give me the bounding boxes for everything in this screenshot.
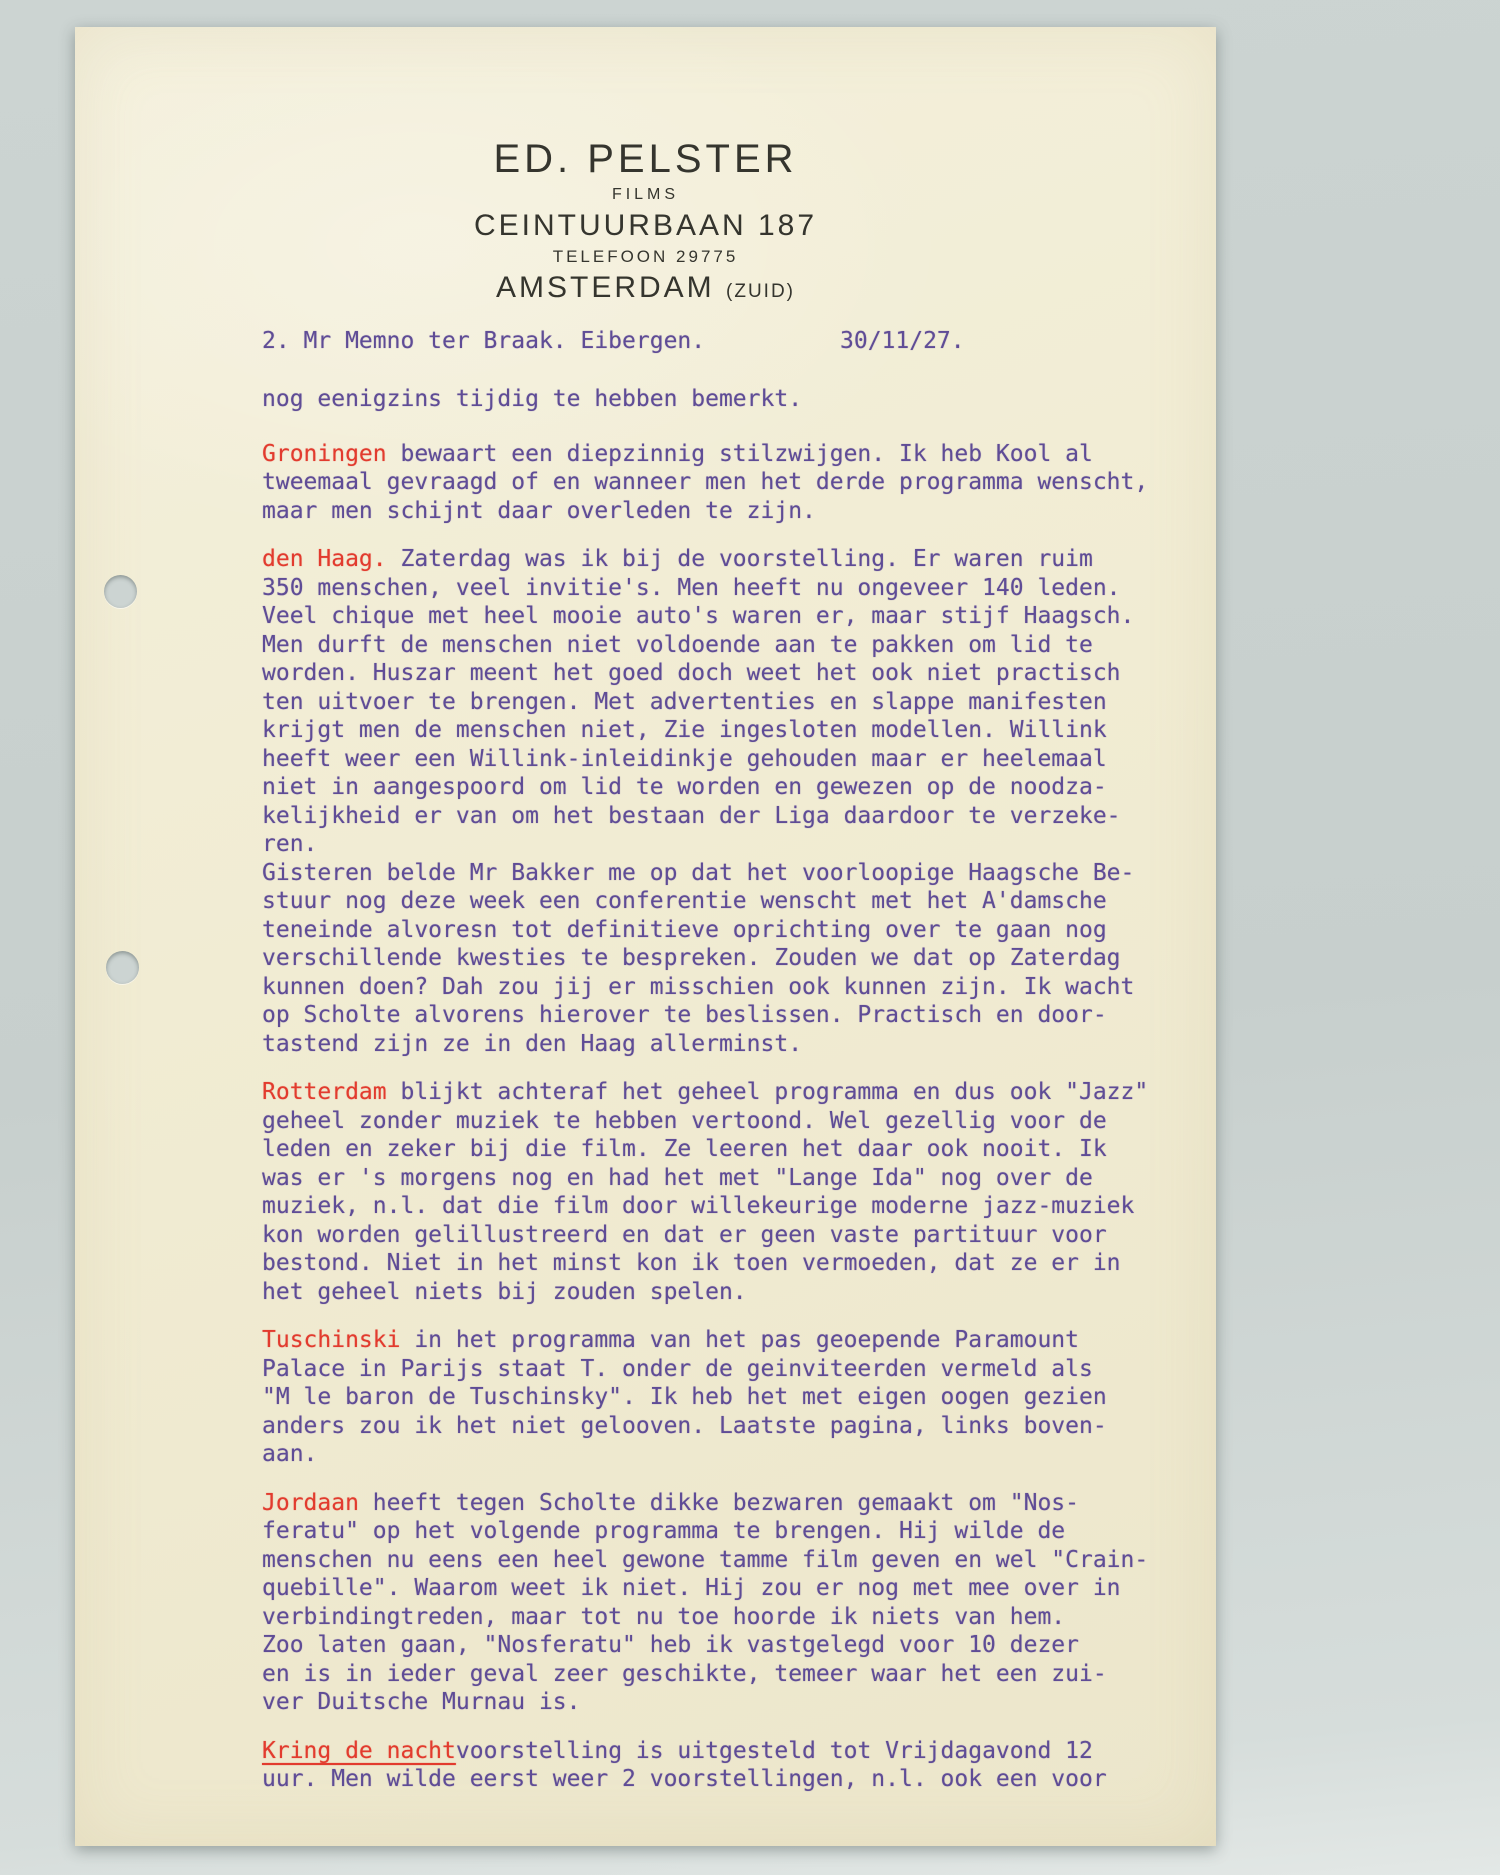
punch-hole-top: [104, 575, 137, 608]
letter-date: 30/11/27.: [840, 327, 965, 356]
text-line: krijgt men de menschen niet, Zie ingeslo…: [262, 716, 1176, 745]
text-line: en is in ieder geval zeer geschikte, tem…: [262, 1660, 1176, 1689]
text-line: uur. Men wilde eerst weer 2 voorstelling…: [262, 1765, 1176, 1794]
text-line: anders zou ik het niet gelooven. Laatste…: [262, 1412, 1176, 1441]
letterhead: ED. PELSTER FILMS CEINTUURBAAN 187 TELEF…: [75, 139, 1216, 303]
text-line: Gisteren belde Mr Bakker me op dat het v…: [262, 859, 1176, 888]
text-line: quebille". Waarom weet ik niet. Hij zou …: [262, 1574, 1176, 1603]
letterhead-company-name: ED. PELSTER: [75, 139, 1216, 179]
text-line: kon worden gelillustreerd en dat er geen…: [262, 1221, 1176, 1250]
text-line: ten uitvoer te brengen. Met advertenties…: [262, 688, 1176, 717]
text-line: teneinde alvoresn tot definitieve oprich…: [262, 916, 1176, 945]
text-line: geheel zonder muziek te hebben vertoond.…: [262, 1107, 1176, 1136]
text-line: feratu" op het volgende programma te bre…: [262, 1517, 1176, 1546]
text-line: den Haag. Zaterdag was ik bij de voorste…: [262, 545, 1176, 574]
text-line: tweemaal gevraagd of en wanneer men het …: [262, 468, 1176, 497]
text-line: Veel chique met heel mooie auto's waren …: [262, 602, 1176, 631]
letterhead-address: CEINTUURBAAN 187: [75, 211, 1216, 241]
topic-lead: Jordaan: [262, 1490, 359, 1516]
text-line: tastend zijn ze in den Haag allerminst.: [262, 1030, 1176, 1059]
text-line: ren.: [262, 830, 1176, 859]
text-line: bestond. Niet in het minst kon ik toen v…: [262, 1249, 1176, 1278]
topic-lead: Rotterdam: [262, 1079, 387, 1105]
text-line: verschillende kwesties te bespreken. Zou…: [262, 944, 1176, 973]
scan-background: ED. PELSTER FILMS CEINTUURBAAN 187 TELEF…: [0, 0, 1500, 1875]
text-line: Palace in Parijs staat T. onder de geinv…: [262, 1355, 1176, 1384]
letterhead-phone: TELEFOON 29775: [75, 248, 1216, 265]
text-line: op Scholte alvorens hierover te beslisse…: [262, 1001, 1176, 1030]
paragraph: Jordaan heeft tegen Scholte dikke bezwar…: [262, 1489, 1176, 1717]
paragraph: Groningen bewaart een diepzinnig stilzwi…: [262, 440, 1176, 526]
text-line: heeft weer een Willink-inleidinkje gehou…: [262, 745, 1176, 774]
topic-lead: Tuschinski: [262, 1327, 400, 1353]
paragraph: Rotterdam blijkt achteraf het geheel pro…: [262, 1078, 1176, 1306]
topic-lead: den Haag.: [262, 546, 387, 572]
text-line: was er 's morgens nog en had het met "La…: [262, 1164, 1176, 1193]
letterhead-subtitle: FILMS: [75, 187, 1216, 203]
text-line: ver Duitsche Murnau is.: [262, 1688, 1176, 1717]
text-line: aan.: [262, 1440, 1176, 1469]
addressee: 2. Mr Memno ter Braak. Eibergen.: [262, 328, 705, 354]
text-line: menschen nu eens een heel gewone tamme f…: [262, 1546, 1176, 1575]
text-line: Rotterdam blijkt achteraf het geheel pro…: [262, 1078, 1176, 1107]
text-line: kunnen doen? Dah zou jij er misschien oo…: [262, 973, 1176, 1002]
text-line: 350 menschen, veel invitie's. Men heeft …: [262, 574, 1176, 603]
paragraph: nog eenigzins tijdig te hebben bemerkt.: [262, 385, 1176, 414]
text-line: worden. Huszar meent het goed doch weet …: [262, 659, 1176, 688]
letterhead-city-name: AMSTERDAM: [496, 271, 715, 304]
text-line: "M le baron de Tuschinsky". Ik heb het m…: [262, 1383, 1176, 1412]
text-line: Zoo laten gaan, "Nosferatu" heb ik vastg…: [262, 1631, 1176, 1660]
salutation-row: 2. Mr Memno ter Braak. Eibergen. 30/11/2…: [262, 327, 1176, 356]
letterhead-city: AMSTERDAM (ZUID): [75, 273, 1216, 303]
topic-lead: Groningen: [262, 441, 387, 467]
letterhead-city-suffix: (ZUID): [726, 281, 795, 302]
text-line: Kring de nachtvoorstelling is uitgesteld…: [262, 1737, 1176, 1766]
letter-page: ED. PELSTER FILMS CEINTUURBAAN 187 TELEF…: [75, 27, 1216, 1846]
punch-hole-bottom: [106, 951, 139, 984]
text-line: nog eenigzins tijdig te hebben bemerkt.: [262, 385, 1176, 414]
text-line: muziek, n.l. dat die film door willekeur…: [262, 1192, 1176, 1221]
letter-body: nog eenigzins tijdig te hebben bemerkt.G…: [262, 385, 1176, 1794]
text-line: maar men schijnt daar overleden te zijn.: [262, 497, 1176, 526]
text-line: Tuschinski in het programma van het pas …: [262, 1326, 1176, 1355]
text-line: Jordaan heeft tegen Scholte dikke bezwar…: [262, 1489, 1176, 1518]
text-line: kelijkheid er van om het bestaan der Lig…: [262, 802, 1176, 831]
paragraph: den Haag. Zaterdag was ik bij de voorste…: [262, 545, 1176, 1058]
text-line: stuur nog deze week een conferentie wens…: [262, 887, 1176, 916]
text-line: Groningen bewaart een diepzinnig stilzwi…: [262, 440, 1176, 469]
text-line: leden en zeker bij die film. Ze leeren h…: [262, 1135, 1176, 1164]
text-line: Men durft de menschen niet voldoende aan…: [262, 631, 1176, 660]
paragraph: Tuschinski in het programma van het pas …: [262, 1326, 1176, 1469]
topic-lead: Kring de nacht: [262, 1738, 456, 1764]
text-line: niet in aangespoord om lid te worden en …: [262, 773, 1176, 802]
typed-area: 2. Mr Memno ter Braak. Eibergen. 30/11/2…: [75, 327, 1216, 1794]
paragraph: Kring de nachtvoorstelling is uitgesteld…: [262, 1737, 1176, 1794]
text-line: verbindingtreden, maar tot nu toe hoorde…: [262, 1603, 1176, 1632]
text-line: het geheel niets bij zouden spelen.: [262, 1278, 1176, 1307]
